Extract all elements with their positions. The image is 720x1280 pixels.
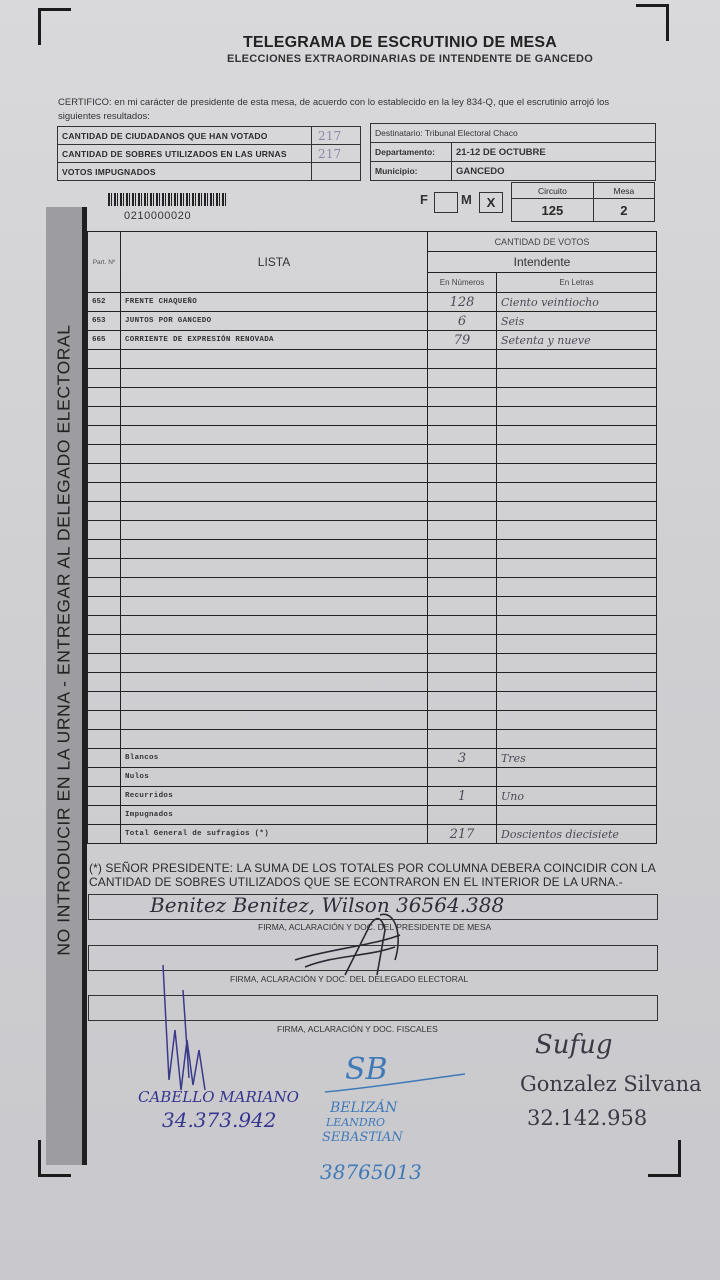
empty-cell: [121, 369, 428, 388]
empty-cell: [497, 426, 657, 445]
totals-numbers: 1: [428, 787, 497, 806]
empty-cell: [88, 578, 121, 597]
circuito-mesa-table: Circuito Mesa 125 2: [511, 182, 655, 222]
empty-cell: [428, 597, 497, 616]
votes-numbers: 128: [428, 293, 497, 312]
empty-row: [88, 350, 657, 369]
header-en-letras: En Letras: [497, 272, 657, 292]
empty-row: [88, 616, 657, 635]
fiscales-signature-label: FIRMA, ACLARACIÓN Y DOC. FISCALES: [277, 1024, 438, 1034]
empty-cell: [497, 445, 657, 464]
empty-cell: [88, 445, 121, 464]
table-row: 652FRENTE CHAQUEÑO128Ciento veintiocho: [88, 293, 657, 312]
summary-value: 217: [312, 127, 361, 145]
empty-cell: [121, 559, 428, 578]
empty-cell: [497, 597, 657, 616]
empty-cell: [121, 407, 428, 426]
empty-cell: [497, 635, 657, 654]
empty-cell: [497, 464, 657, 483]
empty-cell: [121, 711, 428, 730]
empty-cell: [497, 559, 657, 578]
registration-mark-bottom-right: [648, 1140, 681, 1177]
empty-row: [88, 578, 657, 597]
totals-numbers: [428, 768, 497, 787]
empty-row: [88, 445, 657, 464]
mesa-label: Mesa: [593, 183, 654, 199]
empty-row: [88, 692, 657, 711]
empty-cell: [88, 730, 121, 749]
empty-cell: [88, 692, 121, 711]
empty-cell: [88, 673, 121, 692]
totals-letters: Tres: [497, 749, 657, 768]
empty-cell: [88, 635, 121, 654]
empty-cell: [121, 483, 428, 502]
barcode-number: 0210000020: [124, 210, 191, 222]
empty-cell: [497, 350, 657, 369]
destination-table: Destinatario: Tribunal Electoral Chaco D…: [370, 123, 656, 181]
empty-cell: [428, 616, 497, 635]
votes-letters: Seis: [497, 312, 657, 331]
barcode-icon: [108, 193, 228, 206]
votes-table: Part. Nº LISTA CANTIDAD DE VOTOS Intende…: [87, 231, 657, 844]
fiscal-3-name: Gonzalez Silvana: [520, 1072, 702, 1096]
fiscal-1-signature-scribble: [155, 960, 215, 1100]
fiscal-2-name-3: SEBASTIAN: [322, 1130, 403, 1145]
empty-cell: [428, 711, 497, 730]
empty-row: [88, 483, 657, 502]
sex-m-label: M: [461, 192, 472, 207]
empty-cell: [497, 521, 657, 540]
fiscal-2-signature-stroke: [320, 1070, 470, 1100]
empty-row: [88, 597, 657, 616]
empty-cell: [121, 426, 428, 445]
empty-cell: [497, 369, 657, 388]
empty-cell: [121, 540, 428, 559]
certification-text: CERTIFICO: en mi carácter de presidente …: [58, 96, 618, 124]
empty-cell: [121, 673, 428, 692]
empty-cell: [88, 369, 121, 388]
departamento-value: 21-12 DE OCTUBRE: [452, 143, 656, 162]
party-number: 653: [88, 312, 121, 331]
president-note: (*) SEÑOR PRESIDENTE: LA SUMA DE LOS TOT…: [89, 861, 661, 889]
party-name: CORRIENTE DE EXPRESIÓN RENOVADA: [121, 331, 428, 350]
header-en-numeros: En Números: [428, 272, 497, 292]
destinatario: Destinatario: Tribunal Electoral Chaco: [371, 124, 656, 143]
totals-empty-cell: [88, 806, 121, 825]
empty-cell: [121, 635, 428, 654]
empty-cell: [88, 350, 121, 369]
empty-cell: [428, 540, 497, 559]
empty-row: [88, 426, 657, 445]
empty-cell: [497, 483, 657, 502]
empty-cell: [428, 350, 497, 369]
empty-cell: [88, 597, 121, 616]
sex-m-checkbox[interactable]: X: [479, 192, 503, 213]
empty-cell: [428, 654, 497, 673]
totals-label: Impugnados: [121, 806, 428, 825]
fiscal-2-name-1: BELIZÁN: [330, 1100, 397, 1116]
empty-cell: [428, 578, 497, 597]
delegado-signature-label: FIRMA, ACLARACIÓN Y DOC. DEL DELEGADO EL…: [230, 974, 468, 984]
totals-row: Blancos3Tres: [88, 749, 657, 768]
empty-cell: [497, 730, 657, 749]
table-row: 665CORRIENTE DE EXPRESIÓN RENOVADA79Sete…: [88, 331, 657, 350]
empty-cell: [428, 464, 497, 483]
totals-label: Blancos: [121, 749, 428, 768]
empty-cell: [88, 426, 121, 445]
fiscal-1-name: CABELLO MARIANO: [138, 1088, 299, 1106]
summary-row: VOTOS IMPUGNADOS: [58, 163, 361, 181]
totals-letters: Uno: [497, 787, 657, 806]
empty-cell: [497, 692, 657, 711]
fiscal-3-signature: Sufug: [535, 1030, 613, 1060]
totals-label: Total General de sufragios (*): [121, 825, 428, 844]
totals-letters: Doscientos diecisiete: [497, 825, 657, 844]
empty-cell: [88, 559, 121, 578]
totals-numbers: 3: [428, 749, 497, 768]
votes-numbers: 79: [428, 331, 497, 350]
party-number: 652: [88, 293, 121, 312]
empty-cell: [428, 692, 497, 711]
empty-cell: [121, 388, 428, 407]
empty-cell: [428, 369, 497, 388]
fiscal-2-doc: 38765013: [320, 1160, 422, 1184]
empty-cell: [497, 654, 657, 673]
empty-row: [88, 521, 657, 540]
empty-cell: [121, 578, 428, 597]
empty-cell: [497, 578, 657, 597]
empty-row: [88, 654, 657, 673]
empty-cell: [88, 502, 121, 521]
empty-cell: [88, 616, 121, 635]
empty-row: [88, 388, 657, 407]
empty-cell: [88, 711, 121, 730]
empty-cell: [121, 730, 428, 749]
empty-cell: [428, 502, 497, 521]
party-name: FRENTE CHAQUEÑO: [121, 293, 428, 312]
empty-cell: [428, 730, 497, 749]
sex-f-label: F: [420, 192, 428, 207]
empty-row: [88, 711, 657, 730]
fiscal-3-doc: 32.142.958: [527, 1106, 647, 1130]
empty-cell: [88, 464, 121, 483]
document-subtitle: ELECCIONES EXTRAORDINARIAS DE INTENDENTE…: [0, 53, 720, 65]
totals-empty-cell: [88, 787, 121, 806]
fiscal-1-doc: 34.373.942: [162, 1108, 277, 1132]
empty-cell: [497, 388, 657, 407]
empty-row: [88, 407, 657, 426]
municipio-value: GANCEDO: [452, 162, 656, 181]
summary-label: VOTOS IMPUGNADOS: [58, 163, 312, 181]
empty-cell: [428, 388, 497, 407]
votes-letters: Ciento veintiocho: [497, 293, 657, 312]
empty-cell: [428, 483, 497, 502]
summary-value: [312, 163, 361, 181]
summary-label: CANTIDAD DE CIUDADANOS QUE HAN VOTADO: [58, 127, 312, 145]
empty-cell: [428, 521, 497, 540]
totals-row: Impugnados: [88, 806, 657, 825]
circuito-label: Circuito: [512, 183, 594, 199]
empty-cell: [121, 350, 428, 369]
empty-cell: [88, 388, 121, 407]
empty-cell: [121, 616, 428, 635]
fiscal-2-name-2: LEANDRO: [326, 1116, 385, 1129]
totals-empty-cell: [88, 768, 121, 787]
empty-cell: [121, 692, 428, 711]
warning-sidebar-text: NO INTRODUCIR EN LA URNA - ENTREGAR AL D…: [54, 260, 75, 1020]
totals-letters: [497, 768, 657, 787]
empty-row: [88, 464, 657, 483]
summary-label: CANTIDAD DE SOBRES UTILIZADOS EN LAS URN…: [58, 145, 312, 163]
empty-cell: [497, 540, 657, 559]
empty-row: [88, 540, 657, 559]
circuito-value: 125: [512, 199, 594, 222]
summary-row: CANTIDAD DE CIUDADANOS QUE HAN VOTADO 21…: [58, 127, 361, 145]
empty-cell: [428, 426, 497, 445]
mesa-value: 2: [593, 199, 654, 222]
votes-numbers: 6: [428, 312, 497, 331]
totals-row: Nulos: [88, 768, 657, 787]
totals-row: Recurridos1Uno: [88, 787, 657, 806]
empty-cell: [428, 407, 497, 426]
empty-row: [88, 673, 657, 692]
header-cantidad-votos: CANTIDAD DE VOTOS: [428, 232, 657, 252]
empty-cell: [497, 673, 657, 692]
empty-cell: [497, 711, 657, 730]
empty-row: [88, 502, 657, 521]
table-row: 653JUNTOS POR GANCEDO6Seis: [88, 312, 657, 331]
empty-cell: [121, 502, 428, 521]
empty-cell: [121, 597, 428, 616]
empty-row: [88, 369, 657, 388]
empty-cell: [428, 635, 497, 654]
empty-row: [88, 635, 657, 654]
empty-cell: [121, 654, 428, 673]
summary-value: 217: [312, 145, 361, 163]
totals-empty-cell: [88, 749, 121, 768]
totals-empty-cell: [88, 825, 121, 844]
totals-row: Total General de sufragios (*)217Doscien…: [88, 825, 657, 844]
empty-cell: [88, 540, 121, 559]
header-part: Part. Nº: [88, 232, 121, 293]
document-title: TELEGRAMA DE ESCRUTINIO DE MESA: [0, 34, 720, 52]
sex-f-checkbox[interactable]: [434, 192, 458, 213]
header-lista: LISTA: [121, 232, 428, 293]
totals-label: Recurridos: [121, 787, 428, 806]
empty-cell: [88, 521, 121, 540]
empty-cell: [88, 407, 121, 426]
summary-table: CANTIDAD DE CIUDADANOS QUE HAN VOTADO 21…: [57, 126, 361, 181]
empty-cell: [497, 407, 657, 426]
empty-cell: [428, 673, 497, 692]
empty-cell: [88, 483, 121, 502]
empty-row: [88, 559, 657, 578]
totals-numbers: 217: [428, 825, 497, 844]
empty-cell: [497, 616, 657, 635]
totals-label: Nulos: [121, 768, 428, 787]
empty-cell: [428, 559, 497, 578]
party-number: 665: [88, 331, 121, 350]
totals-numbers: [428, 806, 497, 825]
departamento-label: Departamento:: [371, 143, 452, 162]
empty-cell: [121, 464, 428, 483]
empty-cell: [88, 654, 121, 673]
header-intendente: Intendente: [428, 252, 657, 272]
delegado-signature-scribble: [285, 905, 415, 980]
empty-cell: [121, 521, 428, 540]
empty-row: [88, 730, 657, 749]
votes-letters: Setenta y nueve: [497, 331, 657, 350]
empty-cell: [497, 502, 657, 521]
empty-cell: [121, 445, 428, 464]
summary-row: CANTIDAD DE SOBRES UTILIZADOS EN LAS URN…: [58, 145, 361, 163]
empty-cell: [428, 445, 497, 464]
totals-letters: [497, 806, 657, 825]
municipio-label: Municipio:: [371, 162, 452, 181]
party-name: JUNTOS POR GANCEDO: [121, 312, 428, 331]
